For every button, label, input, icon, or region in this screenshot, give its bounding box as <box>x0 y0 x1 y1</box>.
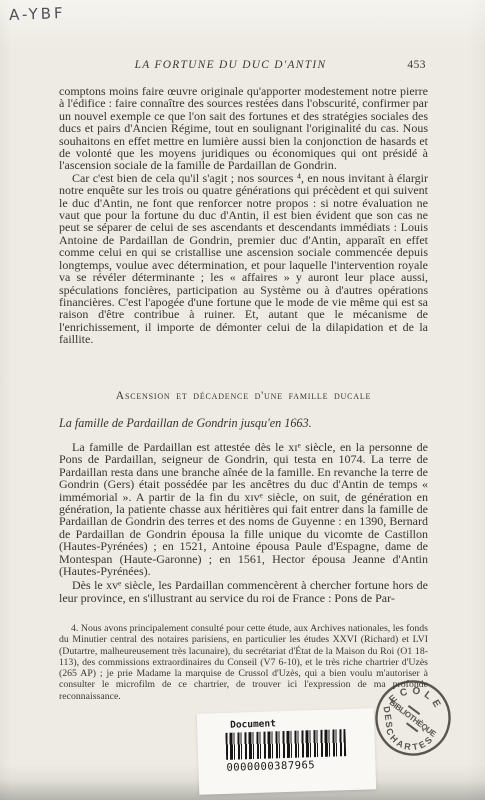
body-text-block-continued: La famille de Pardaillan est attestée dè… <box>59 441 428 604</box>
body-text-block: comptons moins faire œuvre originale qu'… <box>59 85 428 346</box>
scanned-book-page: A-YBF LA FORTUNE DU DUC D'ANTIN 453 comp… <box>0 0 485 800</box>
handwritten-shelfmark: A-YBF <box>9 4 66 24</box>
library-stamp: ECOLE CHARTES DES BIBLIOTHÈQUE <box>357 662 468 773</box>
label-title: Document <box>230 715 374 731</box>
subsection-heading: La famille de Pardaillan de Gondrin jusq… <box>59 416 428 431</box>
paragraph: comptons moins faire œuvre originale qu'… <box>59 85 428 172</box>
running-title: LA FORTUNE DU DUC D'ANTIN <box>135 59 327 71</box>
paragraph: Dès le xvᵉ siècle, les Pardaillan commen… <box>59 579 428 604</box>
page-number: 453 <box>407 59 426 71</box>
section-heading: Ascension et décadence d'une famille duc… <box>59 389 428 402</box>
paragraph: Car c'est bien de cela qu'il s'agit ; no… <box>59 172 428 346</box>
library-barcode-label: Document 0000000387965 <box>197 708 376 795</box>
stamp-arc-left-text: DES <box>382 706 395 730</box>
paragraph: La famille de Pardaillan est attestée dè… <box>59 441 428 577</box>
barcode-number: 0000000387965 <box>226 757 375 774</box>
barcode <box>225 729 346 760</box>
page-header: LA FORTUNE DU DUC D'ANTIN 453 <box>59 59 428 71</box>
